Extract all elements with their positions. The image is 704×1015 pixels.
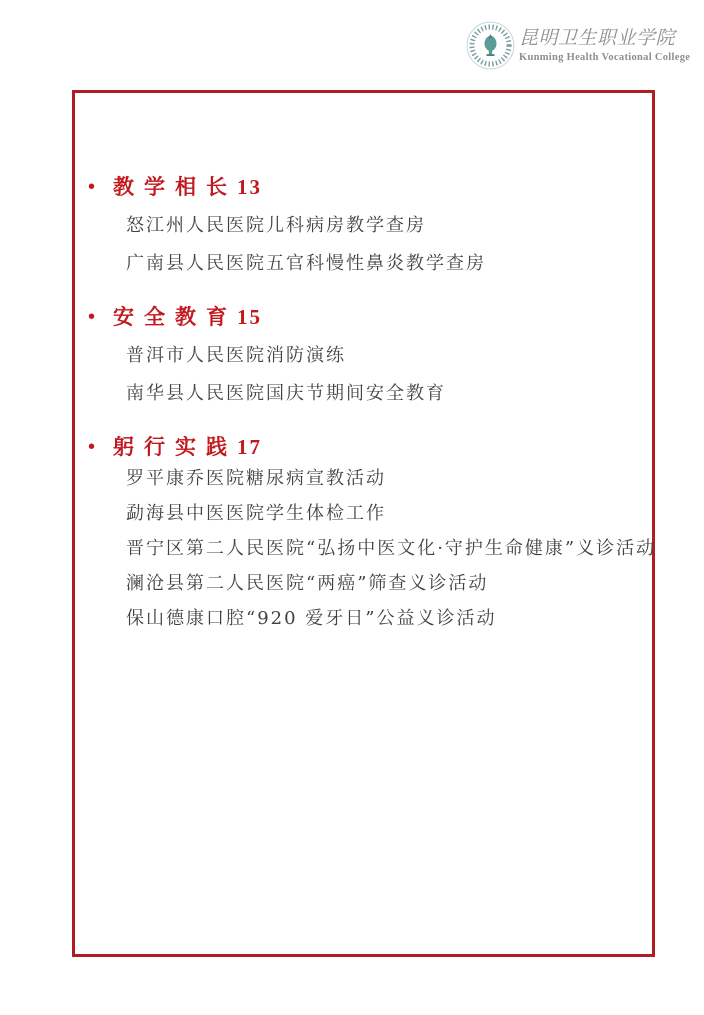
toc-item: 南华县人民医院国庆节期间安全教育 <box>126 383 640 405</box>
toc-item: 晋宁区第二人民医院“弘扬中医文化·守护生命健康”义诊活动 <box>126 538 640 560</box>
bullet-icon: • <box>88 435 113 460</box>
section-item-list: 普洱市人民医院消防演练 南华县人民医院国庆节期间安全教育 <box>88 345 640 405</box>
college-name-english: Kunming Health Vocational College <box>519 52 690 63</box>
section-heading: • 躬行实践 17 <box>88 435 640 460</box>
document-page: 昆明卫生职业学院 Kunming Health Vocational Colle… <box>0 0 704 1015</box>
toc-item: 澜沧县第二人民医院“两癌”筛查义诊活动 <box>126 573 640 595</box>
toc-item: 怒江州人民医院儿科病房教学查房 <box>126 215 640 237</box>
toc-item: 勐海县中医医院学生体检工作 <box>126 503 640 525</box>
toc-item: 保山德康口腔“920 爱牙日”公益义诊活动 <box>126 608 640 630</box>
section-page-number: 15 <box>237 305 262 330</box>
toc-section-teaching: • 教学相长 13 怒江州人民医院儿科病房教学查房 广南县人民医院五官科慢性鼻炎… <box>88 175 640 275</box>
section-title: 安全教育 <box>113 305 237 330</box>
section-heading: • 安全教育 15 <box>88 305 640 330</box>
college-seal-icon <box>466 21 515 70</box>
section-item-list: 罗平康乔医院糖尿病宣教活动 勐海县中医医院学生体检工作 晋宁区第二人民医院“弘扬… <box>88 468 640 630</box>
section-title: 躬行实践 <box>113 435 237 460</box>
section-page-number: 13 <box>237 175 262 200</box>
bullet-icon: • <box>88 305 113 330</box>
toc-section-safety: • 安全教育 15 普洱市人民医院消防演练 南华县人民医院国庆节期间安全教育 <box>88 305 640 405</box>
section-heading: • 教学相长 13 <box>88 175 640 200</box>
toc-item: 普洱市人民医院消防演练 <box>126 345 640 367</box>
toc-item: 罗平康乔医院糖尿病宣教活动 <box>126 468 640 490</box>
section-title: 教学相长 <box>113 175 237 200</box>
toc-item: 广南县人民医院五官科慢性鼻炎教学查房 <box>126 253 640 275</box>
toc-box: • 教学相长 13 怒江州人民医院儿科病房教学查房 广南县人民医院五官科慢性鼻炎… <box>72 90 655 957</box>
section-page-number: 17 <box>237 435 262 460</box>
college-titles: 昆明卫生职业学院 Kunming Health Vocational Colle… <box>519 21 690 63</box>
college-name-chinese: 昆明卫生职业学院 <box>519 28 690 50</box>
toc-section-practice: • 躬行实践 17 罗平康乔医院糖尿病宣教活动 勐海县中医医院学生体检工作 晋宁… <box>88 435 640 630</box>
section-item-list: 怒江州人民医院儿科病房教学查房 广南县人民医院五官科慢性鼻炎教学查房 <box>88 215 640 275</box>
bullet-icon: • <box>88 175 113 200</box>
college-header: 昆明卫生职业学院 Kunming Health Vocational Colle… <box>466 21 690 70</box>
